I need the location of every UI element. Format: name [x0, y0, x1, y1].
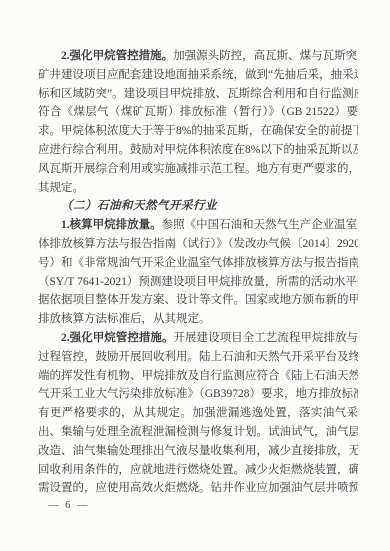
body-text: 2.强化甲烷管控措施。加强源头防控，高瓦斯、煤与瓦斯突出 矿井建设项目应配套建设… [38, 47, 358, 498]
paragraph-lead: 2.强化甲烷管控措施。 [61, 332, 173, 344]
text-line: 出、集输与处理全流程泄漏检测与修复计划。试油试气，油气层 [38, 423, 358, 442]
text-line: 气开采工业大气污染排放标准》（GB39728）要求，地方排放标准 [38, 385, 358, 404]
page-number: — 6 — [48, 500, 90, 511]
section-heading-text: （二）石油和天然气开采行业 [61, 200, 217, 212]
text-run: 改造、油气集输处理排出气液尽量收集利用，减少直接排放，无 [38, 445, 358, 457]
text-line: （SY/T 7641-2021）预测建设项目甲烷排放量，所需的活动水平数 [38, 273, 358, 292]
text-run: 开展建设项目全工艺流程甲烷排放与 [173, 332, 358, 344]
text-line: 体排放核算方法与报告指南（试行）》（发改办气候〔2014〕2920 [38, 235, 358, 254]
text-run: 矿井建设项目应配套建设地面抽采系统，做到“先抽后采，抽采达 [38, 69, 358, 81]
text-run: 加强源头防控，高瓦斯、煤与瓦斯突出 [173, 50, 358, 62]
text-line: 回收利用条件的，应就地进行燃烧处置。减少火炬燃烧装置，确 [38, 461, 358, 480]
text-run: 过程管控，鼓励开展回收利用。陆上石油和天然气开采平台及终 [38, 351, 358, 363]
paragraph-lead: 2.强化甲烷管控措施。 [61, 50, 173, 62]
text-line: 应进行综合利用。鼓励对甲烷体积浓度在8%以下的抽采瓦斯以及乏 [38, 141, 358, 160]
text-line: 改造、油气集输处理排出气液尽量收集利用，减少直接排放，无 [38, 442, 358, 461]
text-run: 参照《中国石油和天然气生产企业温室气 [162, 219, 358, 231]
text-line: 2.强化甲烷管控措施。开展建设项目全工艺流程甲烷排放与 [38, 329, 358, 348]
text-line: 端的挥发性有机物、甲烷排放及自行监测应符合《陆上石油天然 [38, 367, 358, 386]
text-run: 符合《煤层气（煤矿瓦斯）排放标准（暂行）》（GB 21522）要 [38, 106, 358, 118]
section-heading: （二）石油和天然气开采行业 [38, 197, 358, 216]
paragraph-lead: 1.核算甲烷排放量。 [61, 219, 162, 231]
text-line: 1.核算甲烷排放量。参照《中国石油和天然气生产企业温室气 [38, 216, 358, 235]
text-run: 体排放核算方法与报告指南（试行）》（发改办气候〔2014〕2920 [38, 238, 358, 250]
text-run: 出、集输与处理全流程泄漏检测与修复计划。试油试气，油气层 [38, 426, 358, 438]
text-line: 排放核算方法标准后，从其规定。 [38, 310, 358, 329]
text-run: 有更严格要求的，从其规定。加强泄漏逃逸处置，落实油气采 [38, 407, 358, 419]
text-run: 气开采工业大气污染排放标准》（GB39728）要求，地方排放标准 [38, 388, 358, 400]
text-run: 求。甲烷体积浓度大于等于8%的抽采瓦斯，在确保安全的前提下， [38, 125, 358, 137]
text-run: 应进行综合利用。鼓励对甲烷体积浓度在8%以下的抽采瓦斯以及乏 [38, 144, 358, 156]
text-line: 标和区域防突”。建设项目甲烷排放、瓦斯综合利用和自行监测应 [38, 85, 358, 104]
text-run: 风瓦斯开展综合利用或实施减排示范工程。地方有更严要求的，从 [38, 163, 358, 175]
text-line: 有更严格要求的，从其规定。加强泄漏逃逸处置，落实油气采 [38, 404, 358, 423]
text-line: 其规定。 [38, 179, 358, 198]
text-line: 符合《煤层气（煤矿瓦斯）排放标准（暂行）》（GB 21522）要 [38, 103, 358, 122]
text-line: 据依据项目整体开发方案、设计等文件。国家或地方颁布新的甲烷 [38, 291, 358, 310]
document-page: 2.强化甲烷管控措施。加强源头防控，高瓦斯、煤与瓦斯突出 矿井建设项目应配套建设… [0, 0, 390, 551]
text-line: 过程管控，鼓励开展回收利用。陆上石油和天然气开采平台及终 [38, 348, 358, 367]
text-line: 风瓦斯开展综合利用或实施减排示范工程。地方有更严要求的，从 [38, 160, 358, 179]
text-line: 矿井建设项目应配套建设地面抽采系统，做到“先抽后采，抽采达 [38, 66, 358, 85]
text-line: 求。甲烷体积浓度大于等于8%的抽采瓦斯，在确保安全的前提下， [38, 122, 358, 141]
text-run: 需设置的，应使用高效火炬燃烧。钻井作业应加强油气层井喷预 [38, 482, 358, 494]
text-run: 其规定。 [38, 182, 84, 194]
text-run: 号）和《非常规油气开采企业温室气体排放核算方法与报告指南》 [38, 257, 358, 269]
text-run: 端的挥发性有机物、甲烷排放及自行监测应符合《陆上石油天然 [38, 370, 358, 382]
text-run: （SY/T 7641-2021）预测建设项目甲烷排放量，所需的活动水平数 [38, 276, 358, 288]
text-run: 回收利用条件的，应就地进行燃烧处置。减少火炬燃烧装置，确 [38, 464, 358, 476]
text-line: 号）和《非常规油气开采企业温室气体排放核算方法与报告指南》 [38, 254, 358, 273]
text-run: 排放核算方法标准后，从其规定。 [38, 313, 211, 325]
text-run: 标和区域防突”。建设项目甲烷排放、瓦斯综合利用和自行监测应 [38, 88, 358, 100]
text-line: 需设置的，应使用高效火炬燃烧。钻井作业应加强油气层井喷预 [38, 479, 358, 498]
text-line: 2.强化甲烷管控措施。加强源头防控，高瓦斯、煤与瓦斯突出 [38, 47, 358, 66]
text-run: 据依据项目整体开发方案、设计等文件。国家或地方颁布新的甲烷 [38, 294, 358, 306]
